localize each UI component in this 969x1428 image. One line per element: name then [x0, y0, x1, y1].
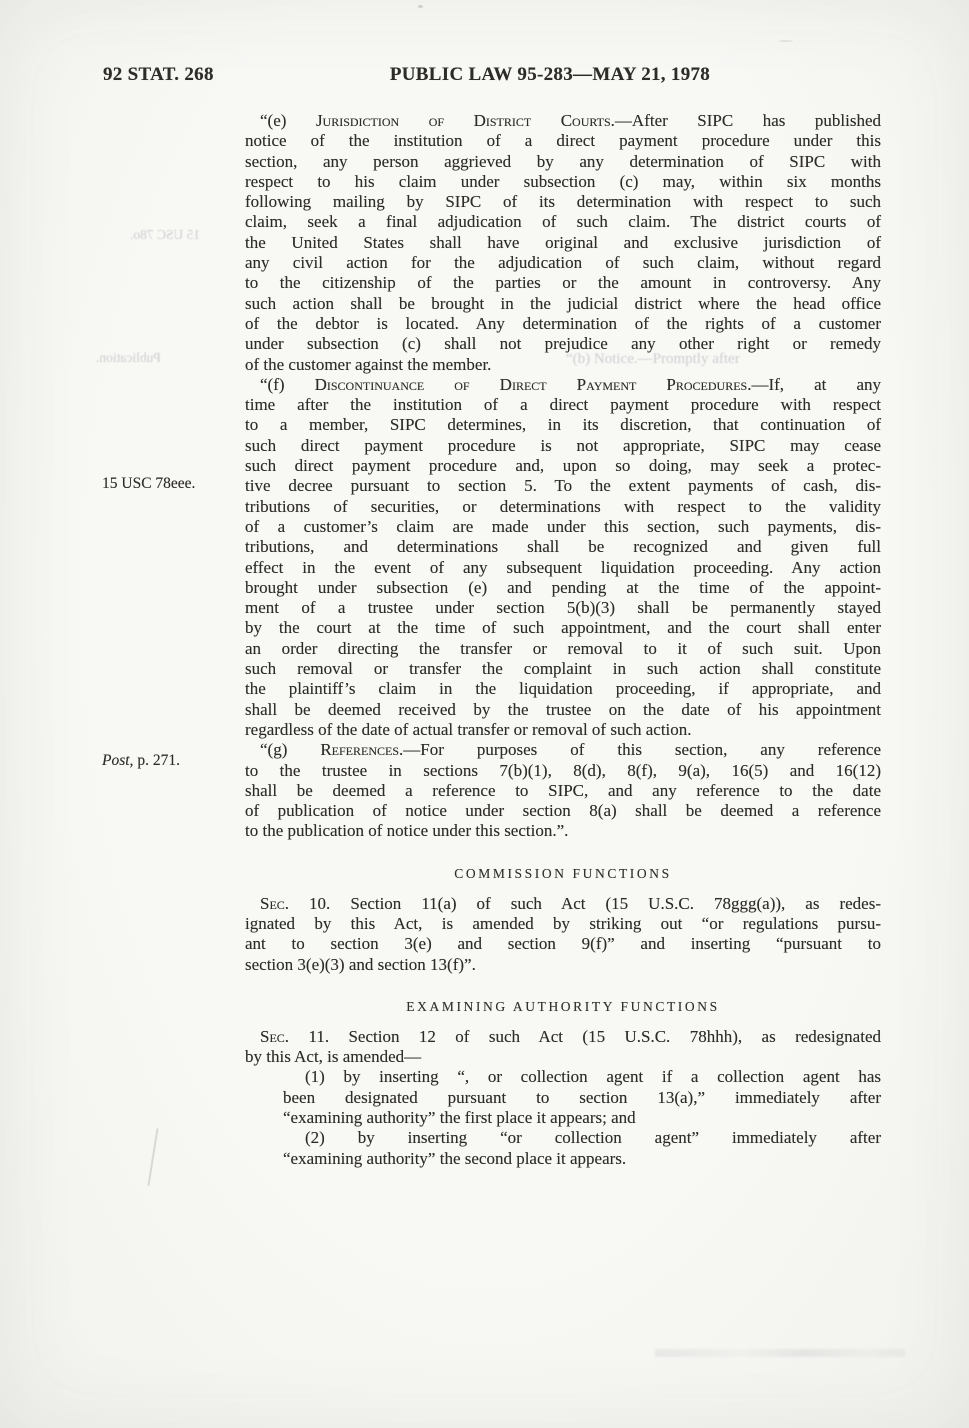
text-line: “examining authority” the second place i…: [283, 1149, 881, 1169]
text-line: ignated by this Act, is amended by strik…: [245, 914, 881, 934]
text-line: section 3(e)(3) and section 13(f)”.: [245, 955, 881, 975]
text-line: been designated pursuant to section 13(a…: [283, 1088, 881, 1108]
bleedthrough-text: “(b) Notice.—Promptly after: [566, 351, 740, 368]
text-block: “(g) References.—For purposes of this se…: [245, 740, 881, 841]
text-line: to a member, SIPC determines, in its dis…: [245, 415, 881, 435]
text-line: an order directing the transfer or remov…: [245, 639, 881, 659]
text-line: (2) by inserting “or collection agent” i…: [283, 1128, 881, 1148]
text-line: tributions, and determinations shall be …: [245, 537, 881, 557]
text-block: “(f) Discontinuance of Direct Payment Pr…: [245, 375, 881, 740]
bleedthrough-text: Publication.: [96, 350, 161, 366]
stat-number: 92 STAT. 268: [103, 64, 214, 86]
scan-speck: [418, 5, 423, 8]
text-line: Sec. 11. Section 12 of such Act (15 U.S.…: [245, 1027, 881, 1047]
text-line: to the trustee in sections 7(b)(1), 8(d)…: [245, 761, 881, 781]
text-line: brought under subsection (e) and pending…: [245, 578, 881, 598]
text-line: such direct payment procedure is not app…: [245, 436, 881, 456]
scan-artifact-line: [147, 1128, 158, 1186]
text-line: to the publication of notice under this …: [245, 821, 881, 841]
bleedthrough-text: 15 USC 78o.: [130, 227, 200, 243]
text-line: of the debtor is located. Any determinat…: [245, 314, 881, 334]
text-block: “(e) Jurisdiction of District Courts.—Af…: [245, 111, 881, 375]
text-line: such action shall be brought in the judi…: [245, 294, 881, 314]
text-line: tive decree pursuant to section 5. To th…: [245, 476, 881, 496]
text-line: ant to section 3(e) and section 9(f)” an…: [245, 934, 881, 954]
text-line: to the citizenship of the parties or the…: [245, 273, 881, 293]
text-line: the plaintiff’s claim in the liquidation…: [245, 679, 881, 699]
text-line: effect in the event of any subsequent li…: [245, 558, 881, 578]
text-block: Sec. 11. Section 12 of such Act (15 U.S.…: [245, 1027, 881, 1068]
text-line: Sec. 10. Section 11(a) of such Act (15 U…: [245, 894, 881, 914]
text-line: the United States shall have original an…: [245, 233, 881, 253]
text-line: such removal or transfer the complaint i…: [245, 659, 881, 679]
section-heading: COMMISSION FUNCTIONS: [245, 865, 881, 882]
text-line: of publication of notice under section 8…: [245, 801, 881, 821]
text-line: ment of a trustee under section 5(b)(3) …: [245, 598, 881, 618]
text-line: following mailing by SIPC of its determi…: [245, 192, 881, 212]
text-block: (2) by inserting “or collection agent” i…: [283, 1128, 881, 1169]
text-block: (1) by inserting “, or collection agent …: [283, 1067, 881, 1128]
text-line: shall be deemed received by the trustee …: [245, 700, 881, 720]
text-line: (1) by inserting “, or collection agent …: [283, 1067, 881, 1087]
law-title: PUBLIC LAW 95-283—MAY 21, 1978: [245, 64, 855, 86]
statute-page: 92 STAT. 268 PUBLIC LAW 95-283—MAY 21, 1…: [0, 0, 969, 1428]
margin-note: Post, p. 271.: [102, 752, 237, 770]
margin-note: 15 USC 78eee.: [102, 475, 237, 493]
text-line: “(e) Jurisdiction of District Courts.—Af…: [245, 111, 881, 131]
text-line: claim, seek a final adjudication of such…: [245, 212, 881, 232]
text-line: by this Act, is amended—: [245, 1047, 881, 1067]
section-heading: EXAMINING AUTHORITY FUNCTIONS: [245, 998, 881, 1015]
text-line: any civil action for the adjudication of…: [245, 253, 881, 273]
text-line: shall be deemed a reference to SIPC, and…: [245, 781, 881, 801]
text-line: of the customer against the member.: [245, 355, 881, 375]
text-line: “(f) Discontinuance of Direct Payment Pr…: [245, 375, 881, 395]
scan-speck: [779, 40, 793, 42]
text-line: such direct payment procedure and, upon …: [245, 456, 881, 476]
text-line: section, any person aggrieved by any det…: [245, 152, 881, 172]
footer-print-artifact: [655, 1349, 905, 1357]
text-line: notice of the institution of a direct pa…: [245, 131, 881, 151]
text-line: by the court at the time of such appoint…: [245, 618, 881, 638]
text-line: “(g) References.—For purposes of this se…: [245, 740, 881, 760]
text-line: under subsection (c) shall not prejudice…: [245, 334, 881, 354]
text-block: Sec. 10. Section 11(a) of such Act (15 U…: [245, 894, 881, 975]
text-line: time after the institution of a direct p…: [245, 395, 881, 415]
text-line: “examining authority” the first place it…: [283, 1108, 881, 1128]
text-line: of a customer’s claim are made under thi…: [245, 517, 881, 537]
text-line: regardless of the date of actual transfe…: [245, 720, 881, 740]
text-body: “(e) Jurisdiction of District Courts.—Af…: [245, 111, 881, 1169]
text-line: tributions of securities, or determinati…: [245, 497, 881, 517]
text-line: respect to his claim under subsection (c…: [245, 172, 881, 192]
